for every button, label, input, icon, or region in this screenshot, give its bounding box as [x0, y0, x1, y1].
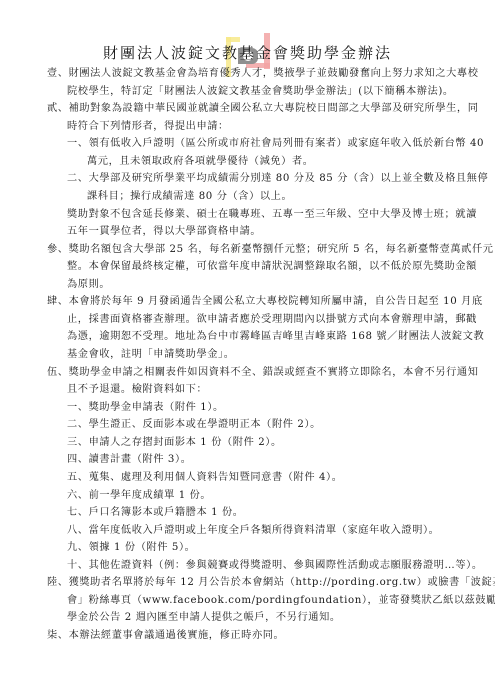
paragraph-line: 會」粉絲專頁（www.facebook.com/pordingfoundatio…: [67, 594, 495, 608]
paragraph-line: 整。本會保留最終核定權，可依當年度申請狀況調整錄取名額，以不低於原先獎助金額: [67, 260, 477, 274]
document-page: 財團法人波錠文教基金會獎助學金辦法 壹、財團法人波錠文教基金會為培育優秀人才，獎…: [0, 0, 495, 700]
paragraph-line: 五、蒐集、處理及利用個人資料告知暨同意書（附件 4）。: [67, 471, 343, 485]
paragraph-line: 一、獎助學金申請表（附件 1）。: [67, 401, 224, 415]
paragraph-line: 止，採書面資格審查辦理。欲申請者應於受理期間內以掛號方式向本會辦理申請，郵戳: [67, 313, 477, 327]
paragraph-line: 八、當年度低收入戶證明或上年度全戶各類所得資料清單（家庭年收入證明）。: [67, 524, 439, 538]
paragraph-line: 且不予退還。檢附資料如下：: [67, 383, 207, 397]
paragraph-line: 四、讀書計畫（附件 3）。: [67, 453, 191, 467]
paragraph-line: 七、戶口名簿影本或戶籍謄本 1 份。: [67, 506, 244, 520]
article-line: 貳、補助對象為設籍中華民國並就讀全國公私立大專院校日間部之大學部及研究所學生，同: [47, 102, 479, 116]
article-line: 壹、財團法人波錠文教基金會為培育優秀人才，獎掖學子並鼓勵發奮向上努力求知之大專校: [47, 67, 479, 81]
article-line: 參、獎助名額包含大學部 25 名，每名新臺幣捌仟元整；研究所 5 名，每名新臺幣…: [47, 243, 494, 257]
paragraph-line: 院校學生，特訂定「財團法人波錠文教基金會獎助學金辦法」(以下簡稱本辦法)。: [67, 85, 454, 99]
paragraph-line: 一、領有低收入戶證明（區公所或市府社會局列冊有案者）或家庭年收入低於新台幣 40: [67, 137, 484, 151]
paragraph-line: 三、申請人之存摺封面影本 1 份（附件 2）。: [67, 436, 282, 450]
paragraph-line: 時符合下列情形者，得提出申請：: [67, 120, 229, 134]
document-title: 財團法人波錠文教基金會獎助學金辦法: [0, 42, 495, 63]
paragraph-line: 十、其他佐證資料（例：參與競賽或得獎證明、參與國際性活動或志願服務證明…等）。: [67, 559, 483, 573]
paragraph-line: 五年一貫學位者，得以大學部資格申請。: [67, 225, 261, 239]
paragraph-line: 萬元，且未領取政府各項就學優待（減免）者。: [87, 155, 314, 169]
paragraph-line: 二、大學部及研究所學業平均成績需分別達 80 分及 85 分（含）以上並全數及格…: [67, 172, 488, 186]
article-line: 肆、本會將於每年 9 月發函通告全國公私立大專校院轉知所屬申請，自公告日起至 1…: [47, 295, 483, 309]
paragraph-line: 獎助對象不包含延長修業、碩士在職專班、五專一至三年級、空中大學及博士班；就讀: [67, 208, 477, 222]
paragraph-line: 九、領據 1 份（附件 5）。: [67, 541, 195, 555]
paragraph-line: 基金會收，註明「申請獎助學金」。: [67, 348, 235, 362]
paragraph-line: 課科目；操行成績需達 80 分（含）以上。: [87, 190, 292, 204]
article-line: 柒、本辦法經董事會議通過後實施，修正時亦同。: [47, 629, 284, 643]
article-line: 伍、獎助學金申請之相關表件如因資料不全、錯誤或經查不實將立即除名，本會不另行通知: [47, 366, 479, 380]
paragraph-line: 為憑，逾期恕不受理。地址為台中市霧峰區吉峰里吉峰東路 168 號／財團法人波錠文…: [67, 330, 484, 344]
article-line: 陸、獲獎助者名單將於每年 12 月公告於本會網站（http://pording.…: [47, 576, 495, 590]
paragraph-line: 學金於公告 2 週內匯至申請人提供之帳戶，不另行通知。: [67, 611, 341, 625]
paragraph-line: 二、學生證正、反面影本或在學證明正本（附件 2）。: [67, 418, 321, 432]
paragraph-line: 六、前一學年度成績單 1 份。: [67, 489, 211, 503]
paragraph-line: 為原則。: [67, 278, 110, 292]
